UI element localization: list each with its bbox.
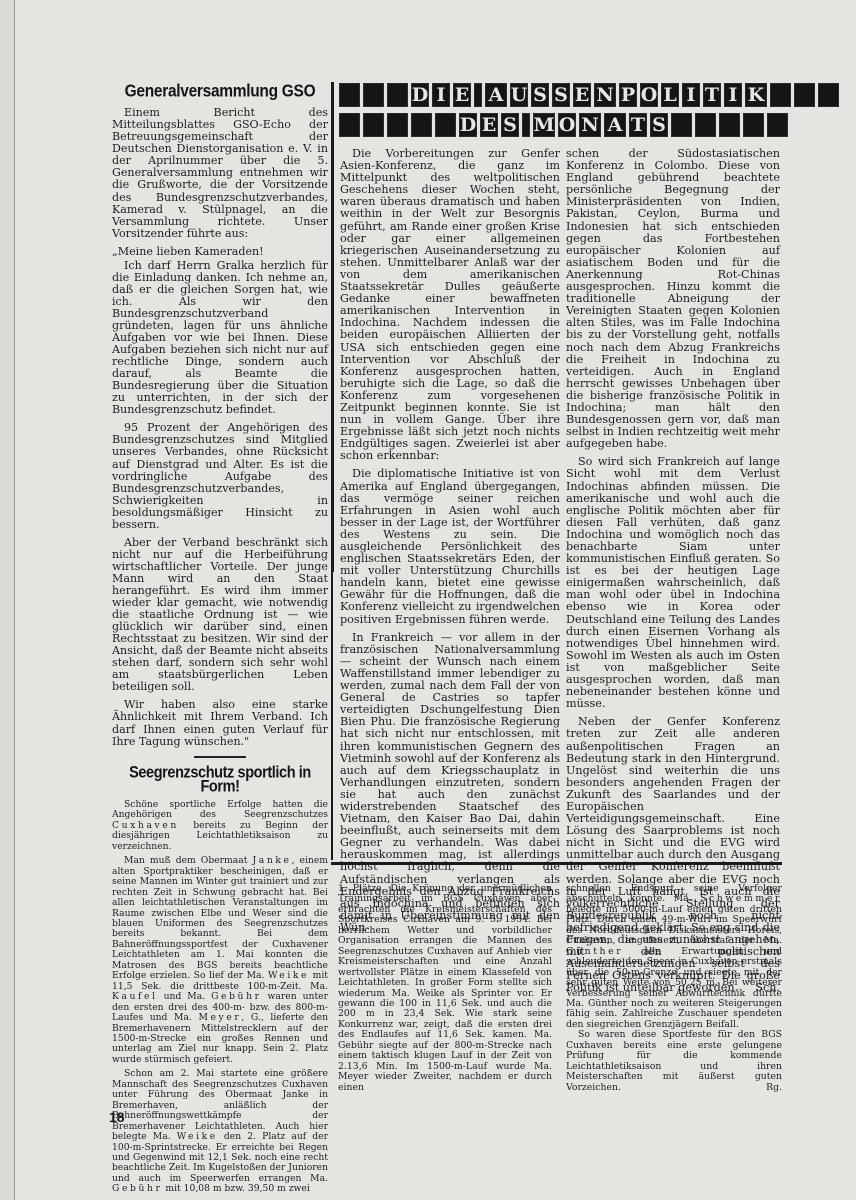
banner-letter-cell: E <box>573 83 591 107</box>
banner-letter-cell: A <box>604 113 626 137</box>
banner-space-cell <box>474 83 482 107</box>
article-body-generalversammlung: Einem Bericht des Mitteilungsblattes GSO… <box>112 107 328 747</box>
banner-letter-cell: L <box>661 83 679 107</box>
article-title-generalversammlung: Generalversammlung GSO <box>112 85 328 99</box>
banner-blank-cell <box>794 83 815 107</box>
person-name: Meyer <box>199 1012 242 1023</box>
banner-letter-cell: E <box>453 83 471 107</box>
banner-letter-cell: K <box>745 83 767 107</box>
banner-letter-cell: D <box>459 113 477 137</box>
author-signature: Rg. <box>754 1083 782 1093</box>
page-edge <box>14 0 15 1200</box>
banner-blank-cell <box>818 83 839 107</box>
banner-aussenpolitik-des-monats: DIEAUSSENPOLITIK DESMONATS <box>339 83 781 143</box>
banner-blank-cell <box>743 113 764 137</box>
banner-blank-cell <box>411 113 432 137</box>
page-number: 18 <box>109 1109 125 1125</box>
paragraph: Die Vorbereitungen zur Genfer Asien-Konf… <box>340 148 560 462</box>
banner-letter-cell: T <box>703 83 721 107</box>
banner-blank-cell <box>387 83 408 107</box>
banner-letter-cell: P <box>619 83 637 107</box>
banner-letter-cell: D <box>411 83 429 107</box>
column-divider-lower <box>331 570 333 860</box>
banner-letter-cell: O <box>640 83 658 107</box>
place-name: Cuxhaven <box>112 820 179 831</box>
sports-continued-middle: 1. Plätze. Die Krönung der unermüdlichen… <box>338 884 552 1093</box>
banner-line-1: DIEAUSSENPOLITIK <box>339 83 781 107</box>
paragraph: schen der Südostasiatischen Konferenz in… <box>566 148 780 450</box>
banner-letter-cell: E <box>480 113 498 137</box>
banner-blank-cell <box>339 113 360 137</box>
section-divider <box>194 756 246 758</box>
paragraph: Wir haben also eine starke Ähnlichkeit m… <box>112 699 328 747</box>
left-column: Generalversammlung GSO Einem Bericht des… <box>112 86 328 1195</box>
person-name: Gebühr <box>211 991 261 1002</box>
banner-line-2: DESMONATS <box>339 113 781 137</box>
banner-blank-cell <box>339 83 360 107</box>
article-title-seegrenzschutz: Seegrenzschutz sportlich in Form! <box>112 766 328 794</box>
banner-letter-cell: N <box>579 113 601 137</box>
politics-column-middle: Die Vorbereitungen zur Genfer Asien-Konf… <box>340 148 560 934</box>
paragraph: 1. Plätze. Die Krönung der unermüdlichen… <box>338 884 552 1093</box>
person-name: Kaufel <box>112 991 158 1002</box>
banner-blank-cell <box>363 83 384 107</box>
politics-column-right: schen der Südostasiatischen Konferenz in… <box>566 148 780 994</box>
paragraph: Ich darf Herrn Gralka herzlich für die E… <box>112 260 328 417</box>
banner-letter-cell: M <box>533 113 555 137</box>
person-name: Janke <box>252 855 291 866</box>
banner-blank-cell <box>719 113 740 137</box>
banner-blank-cell <box>435 113 456 137</box>
banner-space-cell <box>522 113 530 137</box>
banner-blank-cell <box>387 113 408 137</box>
banner-blank-cell <box>671 113 692 137</box>
banner-letter-cell: S <box>531 83 549 107</box>
banner-blank-cell <box>767 113 788 137</box>
horizontal-divider <box>331 862 782 865</box>
paragraph: So waren diese Sportfeste für den BGS Cu… <box>566 1030 782 1093</box>
paragraph: 95 Prozent der Angehörigen des Bundesgre… <box>112 422 328 530</box>
banner-letter-cell: U <box>510 83 528 107</box>
article-body-seegrenzschutz: Schöne sportliche Erfolge hatten die Ang… <box>112 800 328 1195</box>
banner-letter-cell: I <box>432 83 450 107</box>
banner-blank-cell <box>695 113 716 137</box>
paragraph: Man muß dem Obermaat Janke, einem alten … <box>112 856 328 1065</box>
banner-letter-cell: I <box>724 83 742 107</box>
sports-continued-right: schnellen Endspurt seine Verfolger absch… <box>566 884 782 1093</box>
banner-letter-cell: S <box>501 113 519 137</box>
banner-letter-cell: A <box>485 83 507 107</box>
paragraph: Schöne sportliche Erfolge hatten die Ang… <box>112 800 328 852</box>
person-name: Weike <box>268 970 309 981</box>
banner-blank-cell <box>770 83 791 107</box>
paragraph: Einem Bericht des Mitteilungsblattes GSO… <box>112 107 328 240</box>
banner-letter-cell: S <box>650 113 668 137</box>
paragraph: Die diplomatische Initiative ist von Ame… <box>340 468 560 625</box>
banner-letter-cell: I <box>682 83 700 107</box>
paragraph: schnellen Endspurt seine Verfolger absch… <box>566 884 782 1030</box>
paragraph: Aber der Verband beschränkt sich nicht n… <box>112 537 328 694</box>
banner-letter-cell: S <box>552 83 570 107</box>
paragraph: So wird sich Frankreich auf lange Sicht … <box>566 456 780 710</box>
banner-letter-cell: N <box>594 83 616 107</box>
person-name: Schwemmer <box>700 893 782 904</box>
column-divider-left <box>331 82 334 572</box>
person-name: Günther <box>566 946 623 957</box>
salutation: „Meine lieben Kameraden! <box>112 246 328 258</box>
banner-blank-cell <box>363 113 384 137</box>
paragraph: Schon am 2. Mai startete eine größere Ma… <box>112 1069 328 1194</box>
person-name: Weike <box>177 1131 218 1142</box>
person-name: Gebühr <box>112 1183 162 1194</box>
banner-letter-cell: O <box>558 113 576 137</box>
banner-letter-cell: T <box>629 113 647 137</box>
